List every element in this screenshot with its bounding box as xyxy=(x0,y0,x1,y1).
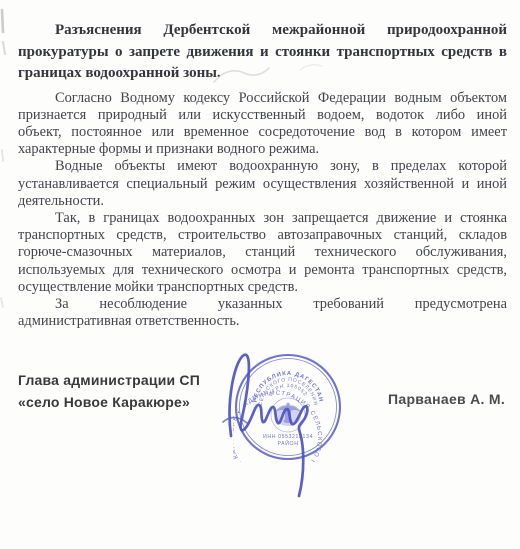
document-text-column: Разъяснения Дербентской межрайонной прир… xyxy=(18,20,507,330)
text-line: Так, в границах водоохранных зон запреща… xyxy=(18,210,507,227)
text-line: используемых для технического осмотра и … xyxy=(18,262,507,279)
text-line: Согласно Водному кодексу Российской Феде… xyxy=(18,90,507,107)
body-paragraph: Водные объекты имеют водоохранную зону, … xyxy=(18,158,507,210)
scan-edge-mark xyxy=(2,10,3,32)
scan-edge-mark xyxy=(2,150,3,161)
document-body: Согласно Водному кодексу Российской Феде… xyxy=(18,90,507,331)
text-line: Водные объекты имеют водоохранную зону, … xyxy=(18,158,507,175)
signature-flourish-stroke xyxy=(223,418,247,423)
signatory-name: Парванаев А. М. xyxy=(388,391,505,407)
text-line: устанавливается специальный режим осущес… xyxy=(18,176,507,193)
text-line: осуществление мойки транспортных средств… xyxy=(18,279,507,296)
text-line: признается природный или искусственный в… xyxy=(18,107,507,124)
signature-main-stroke xyxy=(230,355,308,496)
scan-edge-mark xyxy=(3,42,5,54)
text-line: границах водоохранной зоны. xyxy=(18,63,507,85)
scan-edge-mark xyxy=(1,298,3,307)
text-line: Разъяснения Дербентской межрайонной прир… xyxy=(18,20,507,42)
text-line: прокуратуры о запрете движения и стоянки… xyxy=(18,42,507,64)
text-line: За несоблюдение указанных требований пре… xyxy=(18,296,507,313)
text-line: горюче-смазочных материалов, станций тех… xyxy=(18,244,507,261)
text-line: административная ответственность. xyxy=(18,313,507,330)
handwritten-signature xyxy=(210,344,335,506)
document-title: Разъяснения Дербентской межрайонной прир… xyxy=(18,20,507,85)
text-line: транспортных средств, строительство авто… xyxy=(18,227,507,244)
text-line: характерные формы и признаки водного реж… xyxy=(18,141,507,158)
text-line: объект, постоянное или временное сосредо… xyxy=(18,124,507,141)
scanned-document-page: Разъяснения Дербентской межрайонной прир… xyxy=(0,0,520,549)
signature-block-line-1: Глава администрации СП xyxy=(18,372,200,388)
body-paragraph: За несоблюдение указанных требований пре… xyxy=(18,296,507,330)
body-paragraph: Так, в границах водоохранных зон запреща… xyxy=(18,210,507,296)
signature-block-line-2: «село Новое Каракюре» xyxy=(18,394,190,410)
text-line: деятельности. xyxy=(18,193,507,210)
body-paragraph: Согласно Водному кодексу Российской Феде… xyxy=(18,90,507,159)
